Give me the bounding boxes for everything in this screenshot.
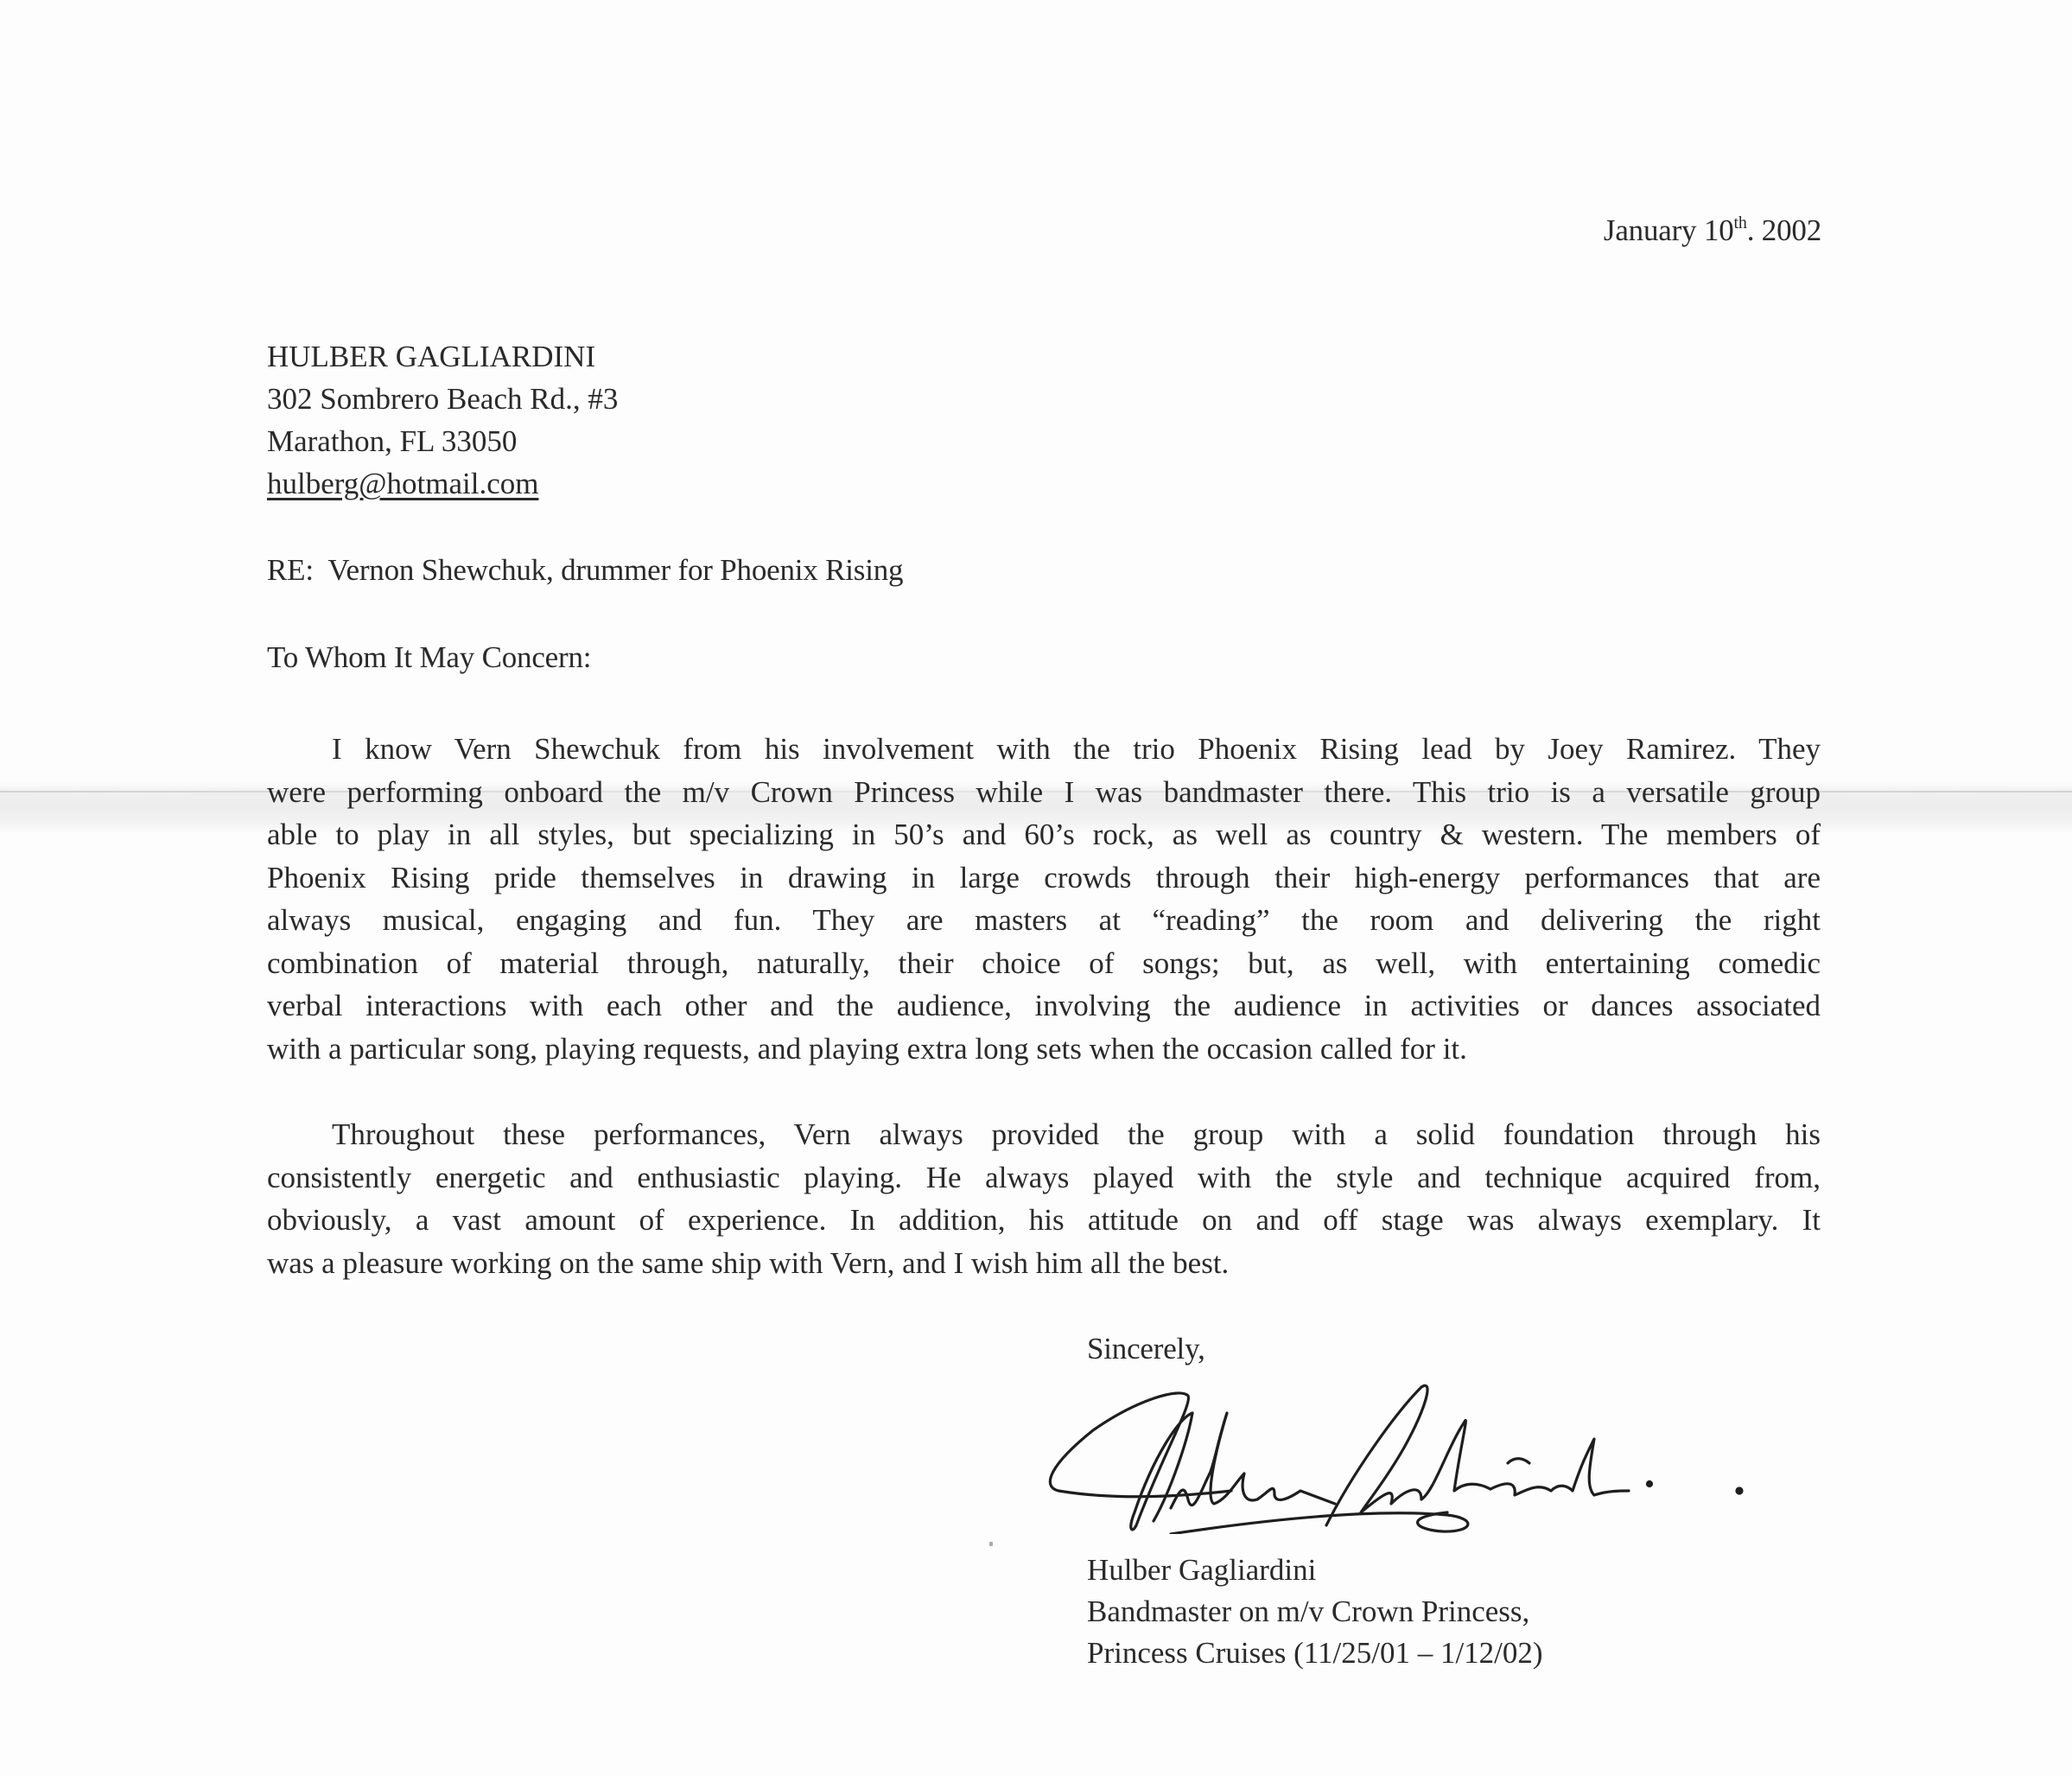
paragraph-line: with a particular song, playing requests… (267, 1028, 1821, 1071)
paragraph-line: I know Vern Shewchuk from his involvemen… (267, 728, 1821, 771)
sender-email: hulberg@hotmail.com (267, 467, 538, 500)
sender-address-line1: 302 Sombrero Beach Rd., #3 (267, 378, 618, 420)
paragraph-line: able to play in all styles, but speciali… (267, 813, 1821, 856)
paragraph-line: combination of material through, natural… (267, 942, 1821, 985)
signature-block: Hulber Gagliardini Bandmaster on m/v Cro… (1087, 1550, 1543, 1674)
paragraph-line: Throughout these performances, Vern alwa… (267, 1113, 1821, 1156)
handwritten-signature (1041, 1361, 1784, 1534)
paragraph-line: obviously, a vast amount of experience. … (267, 1199, 1821, 1242)
letter-page: January 10th. 2002 HULBER GAGLIARDINI 30… (0, 0, 2072, 1776)
subject-line: RE: Vernon Shewchuk, drummer for Phoenix… (267, 555, 903, 585)
paragraph-line: consistently energetic and enthusiastic … (267, 1156, 1821, 1200)
signer-organization: Princess Cruises (11/25/01 – 1/12/02) (1087, 1633, 1543, 1674)
salutation: To Whom It May Concern: (267, 642, 591, 672)
closing: Sincerely, (1087, 1334, 1205, 1364)
paper-speck (989, 1542, 993, 1546)
paragraph-line: were performing onboard the m/v Crown Pr… (267, 771, 1821, 814)
sender-address-line2: Marathon, FL 33050 (267, 420, 618, 462)
body-paragraph-1: I know Vern Shewchuk from his involvemen… (267, 728, 1821, 1070)
signer-name: Hulber Gagliardini (1087, 1550, 1543, 1591)
paragraph-line: Phoenix Rising pride themselves in drawi… (267, 856, 1821, 900)
paragraph-line: always musical, engaging and fun. They a… (267, 899, 1821, 942)
paragraph-line: verbal interactions with each other and … (267, 984, 1821, 1028)
sender-address-block: HULBER GAGLIARDINI 302 Sombrero Beach Rd… (267, 335, 618, 505)
sender-name: HULBER GAGLIARDINI (267, 335, 618, 378)
letter-date: January 10th. 2002 (1604, 214, 1821, 245)
paragraph-line: was a pleasure working on the same ship … (267, 1242, 1821, 1285)
body-paragraph-2: Throughout these performances, Vern alwa… (267, 1113, 1821, 1284)
signer-title: Bandmaster on m/v Crown Princess, (1087, 1591, 1543, 1633)
